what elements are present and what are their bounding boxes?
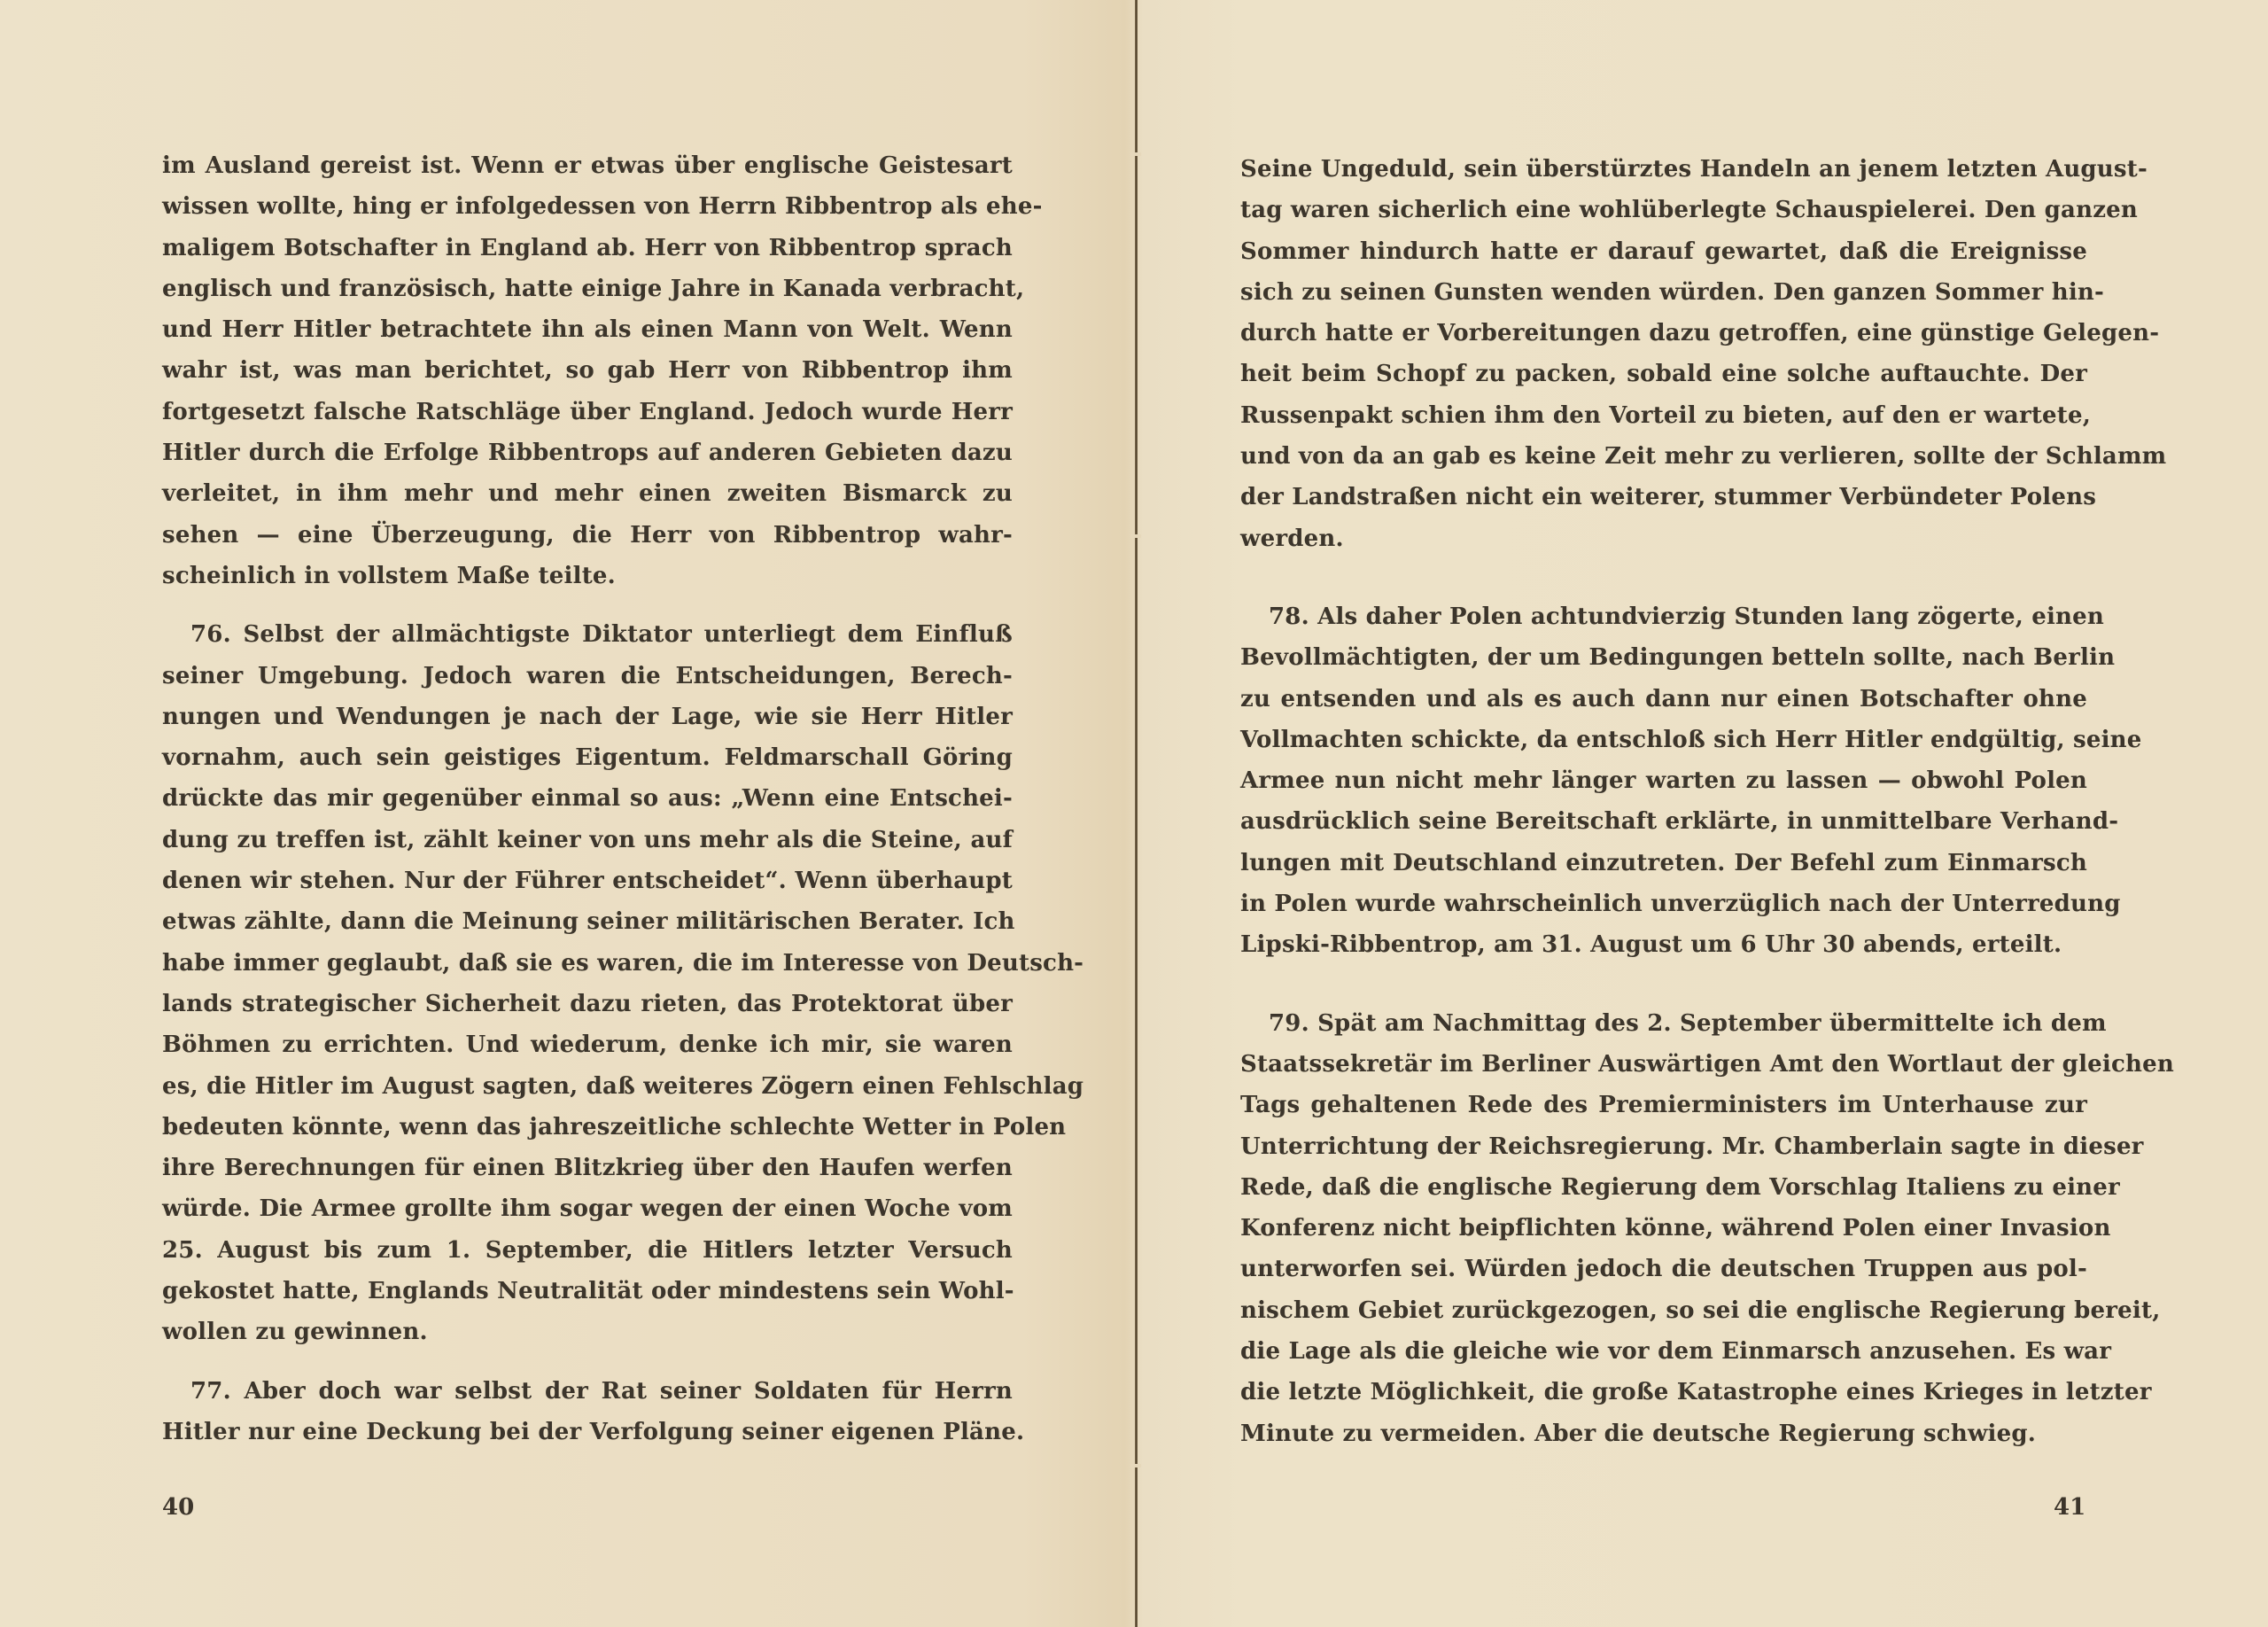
text-line: Böhmen zu errichten. Und wiederum, denke… xyxy=(162,1024,1013,1065)
text-line: der Landstraßen nicht ein weiterer, stum… xyxy=(1240,477,2087,518)
text-line: Tags gehaltenen Rede des Premierminister… xyxy=(1240,1085,2087,1125)
text-line: 25. August bis zum 1. September, die Hit… xyxy=(162,1230,1013,1271)
text-line: scheinlich in vollstem Maße teilte. xyxy=(162,556,1013,596)
book-gutter xyxy=(1135,0,1138,1627)
text-line: Vollmachten schickte, da entschloß sich … xyxy=(1240,720,2087,760)
paragraph-77: 77. Aber doch war selbst der Rat seiner … xyxy=(162,1371,1013,1453)
text-line: wahr ist, was man berichtet, so gab Herr… xyxy=(162,350,1013,391)
paragraph-continuation: im Ausland gereist ist. Wenn er etwas üb… xyxy=(162,145,1013,596)
left-page-text: im Ausland gereist ist. Wenn er etwas üb… xyxy=(162,145,1013,1452)
text-line: drückte das mir gegenüber einmal so aus:… xyxy=(162,778,1013,819)
text-line: 78. Als daher Polen achtundvierzig Stund… xyxy=(1240,596,2087,637)
text-line: Lipski-Ribbentrop, am 31. August um 6 Uh… xyxy=(1240,924,2087,965)
text-line: lands strategischer Sicherheit dazu riet… xyxy=(162,984,1013,1024)
text-line: sich zu seinen Gunsten wenden würden. De… xyxy=(1240,272,2087,313)
text-line: 79. Spät am Nachmittag des 2. September … xyxy=(1240,1003,2087,1044)
text-line: seiner Umgebung. Jedoch waren die Entsch… xyxy=(162,656,1013,697)
text-line: Minute zu vermeiden. Aber die deutsche R… xyxy=(1240,1413,2087,1454)
text-line: Sommer hindurch hatte er darauf gewartet… xyxy=(1240,231,2087,272)
text-line: Rede, daß die englische Regierung dem Vo… xyxy=(1240,1167,2087,1208)
text-line: vornahm, auch sein geistiges Eigentum. F… xyxy=(162,737,1013,778)
text-line: denen wir stehen. Nur der Führer entsche… xyxy=(162,860,1013,901)
text-line: tag waren sicherlich eine wohlüberlegte … xyxy=(1240,190,2087,230)
left-page: im Ausland gereist ist. Wenn er etwas üb… xyxy=(0,0,1137,1627)
text-line: lungen mit Deutschland einzutreten. Der … xyxy=(1240,843,2087,884)
text-line: würde. Die Armee grollte ihm sogar wegen… xyxy=(162,1188,1013,1229)
text-line: gekostet hatte, Englands Neutralität ode… xyxy=(162,1271,1013,1312)
text-line: Bevollmächtigten, der um Bedingungen bet… xyxy=(1240,637,2087,678)
text-line: wissen wollte, hing er infolgedessen von… xyxy=(162,186,1013,227)
paragraph-76: 76. Selbst der allmächtigste Diktator un… xyxy=(162,614,1013,1352)
text-line: in Polen wurde wahrscheinlich unverzügli… xyxy=(1240,884,2087,924)
text-line: nischem Gebiet zurückgezogen, so sei die… xyxy=(1240,1290,2087,1331)
text-line: heit beim Schopf zu packen, sobald eine … xyxy=(1240,354,2087,394)
text-line: Unterrichtung der Reichsregierung. Mr. C… xyxy=(1240,1126,2087,1167)
text-line: Staatssekretär im Berliner Auswärtigen A… xyxy=(1240,1044,2087,1085)
text-line: dung zu treffen ist, zählt keiner von un… xyxy=(162,820,1013,860)
text-line: im Ausland gereist ist. Wenn er etwas üb… xyxy=(162,145,1013,186)
right-page-text: Seine Ungeduld, sein überstürztes Handel… xyxy=(1240,149,2087,1454)
text-line: fortgesetzt falsche Ratschläge über Engl… xyxy=(162,392,1013,432)
text-line: habe immer geglaubt, daß sie es waren, d… xyxy=(162,943,1013,984)
text-line: Hitler nur eine Deckung bei der Verfolgu… xyxy=(162,1412,1013,1452)
text-line: etwas zählte, dann die Meinung seiner mi… xyxy=(162,901,1013,942)
text-line: und Herr Hitler betrachtete ihn als eine… xyxy=(162,309,1013,350)
text-line: und von da an gab es keine Zeit mehr zu … xyxy=(1240,436,2087,477)
text-line: 77. Aber doch war selbst der Rat seiner … xyxy=(162,1371,1013,1412)
text-line: Konferenz nicht beipflichten könne, währ… xyxy=(1240,1208,2087,1249)
text-line: englisch und französisch, hatte einige J… xyxy=(162,269,1013,309)
text-line: ihre Berechnungen für einen Blitzkrieg ü… xyxy=(162,1148,1013,1188)
text-line: unterworfen sei. Würden jedoch die deuts… xyxy=(1240,1249,2087,1289)
text-line: nungen und Wendungen je nach der Lage, w… xyxy=(162,697,1013,737)
text-line: 76. Selbst der allmächtigste Diktator un… xyxy=(162,614,1013,655)
text-line: die Lage als die gleiche wie vor dem Ein… xyxy=(1240,1331,2087,1372)
text-line: Hitler durch die Erfolge Ribbentrops auf… xyxy=(162,432,1013,473)
text-line: es, die Hitler im August sagten, daß wei… xyxy=(162,1066,1013,1107)
text-line: zu entsenden und als es auch dann nur ei… xyxy=(1240,679,2087,720)
text-line: sehen — eine Überzeugung, die Herr von R… xyxy=(162,515,1013,556)
right-page: Seine Ungeduld, sein überstürztes Handel… xyxy=(1138,0,2268,1627)
paragraph-continuation: Seine Ungeduld, sein überstürztes Handel… xyxy=(1240,149,2087,559)
page-number: 40 xyxy=(162,1494,194,1521)
text-line: Armee nun nicht mehr länger warten zu la… xyxy=(1240,760,2087,801)
paragraph-79: 79. Spät am Nachmittag des 2. September … xyxy=(1240,1003,2087,1454)
page-number: 41 xyxy=(2054,1494,2085,1521)
text-line: bedeuten könnte, wenn das jahreszeitlich… xyxy=(162,1107,1013,1148)
text-line: maligem Botschafter in England ab. Herr … xyxy=(162,228,1013,269)
text-line: ausdrücklich seine Bereitschaft erklärte… xyxy=(1240,801,2087,842)
text-line: wollen zu gewinnen. xyxy=(162,1312,1013,1352)
text-line: durch hatte er Vorbereitungen dazu getro… xyxy=(1240,313,2087,354)
text-line: die letzte Möglichkeit, die große Katast… xyxy=(1240,1372,2087,1413)
text-line: Russenpakt schien ihm den Vorteil zu bie… xyxy=(1240,395,2087,436)
text-line: werden. xyxy=(1240,518,2087,559)
text-line: verleitet, in ihm mehr und mehr einen zw… xyxy=(162,473,1013,514)
book-spread: im Ausland gereist ist. Wenn er etwas üb… xyxy=(0,0,2268,1627)
text-line: Seine Ungeduld, sein überstürztes Handel… xyxy=(1240,149,2087,190)
paragraph-78: 78. Als daher Polen achtundvierzig Stund… xyxy=(1240,596,2087,966)
